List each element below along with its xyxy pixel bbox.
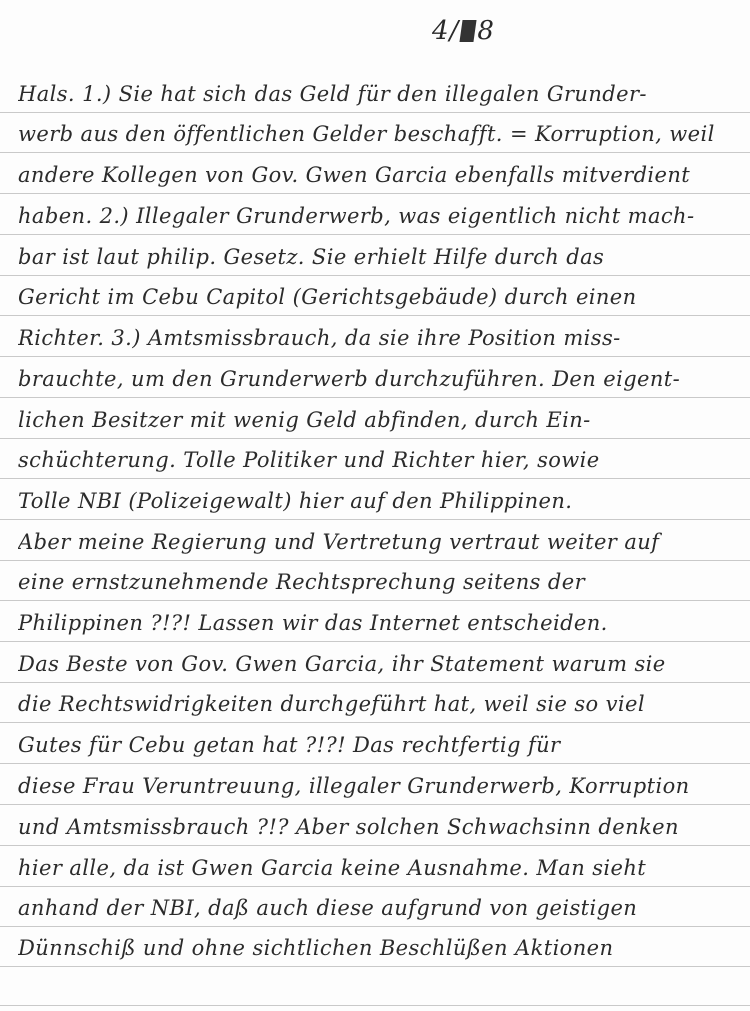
ruled-line	[0, 397, 750, 398]
ruled-line	[0, 275, 750, 276]
ruled-line	[0, 886, 750, 887]
text-line: Hals. 1.) Sie hat sich das Geld für den …	[18, 76, 743, 112]
page-number: 4/8	[432, 16, 495, 46]
text-line: hier alle, da ist Gwen Garcia keine Ausn…	[18, 850, 743, 886]
ruled-line	[0, 682, 750, 683]
ruled-line	[0, 193, 750, 194]
ruled-line	[0, 560, 750, 561]
ruled-line	[0, 600, 750, 601]
text-line: Richter. 3.) Amtsmissbrauch, da sie ihre…	[18, 320, 743, 356]
handwritten-page: 4/8 Hals. 1.) Sie hat sich das Geld für …	[0, 0, 750, 1011]
ruled-line	[0, 315, 750, 316]
page-number-suffix: 8	[477, 16, 495, 46]
text-line: Tolle NBI (Polizeigewalt) hier auf den P…	[18, 483, 743, 519]
text-line: Philippinen ?!?! Lassen wir das Internet…	[18, 605, 743, 641]
crossed-out-digit	[460, 20, 477, 42]
text-line: haben. 2.) Illegaler Grunderwerb, was ei…	[18, 198, 743, 234]
text-line: diese Frau Veruntreuung, illegaler Grund…	[18, 768, 743, 804]
text-line: Gutes für Cebu getan hat ?!?! Das rechtf…	[18, 727, 743, 763]
ruled-line	[0, 641, 750, 642]
ruled-line	[0, 926, 750, 927]
ruled-line	[0, 438, 750, 439]
ruled-line	[0, 478, 750, 479]
text-line: brauchte, um den Grunderwerb durchzuführ…	[18, 361, 743, 397]
page-number-prefix: 4/	[432, 16, 459, 46]
text-line: bar ist laut philip. Gesetz. Sie erhielt…	[18, 239, 743, 275]
ruled-line	[0, 804, 750, 805]
ruled-line	[0, 152, 750, 153]
ruled-line	[0, 966, 750, 967]
ruled-line	[0, 1005, 750, 1006]
ruled-line	[0, 112, 750, 113]
ruled-line	[0, 356, 750, 357]
text-line: andere Kollegen von Gov. Gwen Garcia ebe…	[18, 157, 743, 193]
text-line: schüchterung. Tolle Politiker und Richte…	[18, 442, 743, 478]
ruled-line	[0, 234, 750, 235]
text-line: lichen Besitzer mit wenig Geld abfinden,…	[18, 402, 743, 438]
text-line: die Rechtswidrigkeiten durchgeführt hat,…	[18, 686, 743, 722]
text-line: eine ernstzunehmende Rechtsprechung seit…	[18, 564, 743, 600]
ruled-line	[0, 722, 750, 723]
text-line: Dünnschiß und ohne sichtlichen Beschlüße…	[18, 930, 743, 966]
ruled-line	[0, 845, 750, 846]
ruled-line	[0, 519, 750, 520]
text-line: werb aus den öffentlichen Gelder beschaf…	[18, 116, 743, 152]
text-line: Aber meine Regierung und Vertretung vert…	[18, 524, 743, 560]
text-line: Das Beste von Gov. Gwen Garcia, ihr Stat…	[18, 646, 743, 682]
text-line: anhand der NBI, daß auch diese aufgrund …	[18, 890, 743, 926]
text-line: Gericht im Cebu Capitol (Gerichtsgebäude…	[18, 279, 743, 315]
text-line: und Amtsmissbrauch ?!? Aber solchen Schw…	[18, 809, 743, 845]
ruled-line	[0, 763, 750, 764]
